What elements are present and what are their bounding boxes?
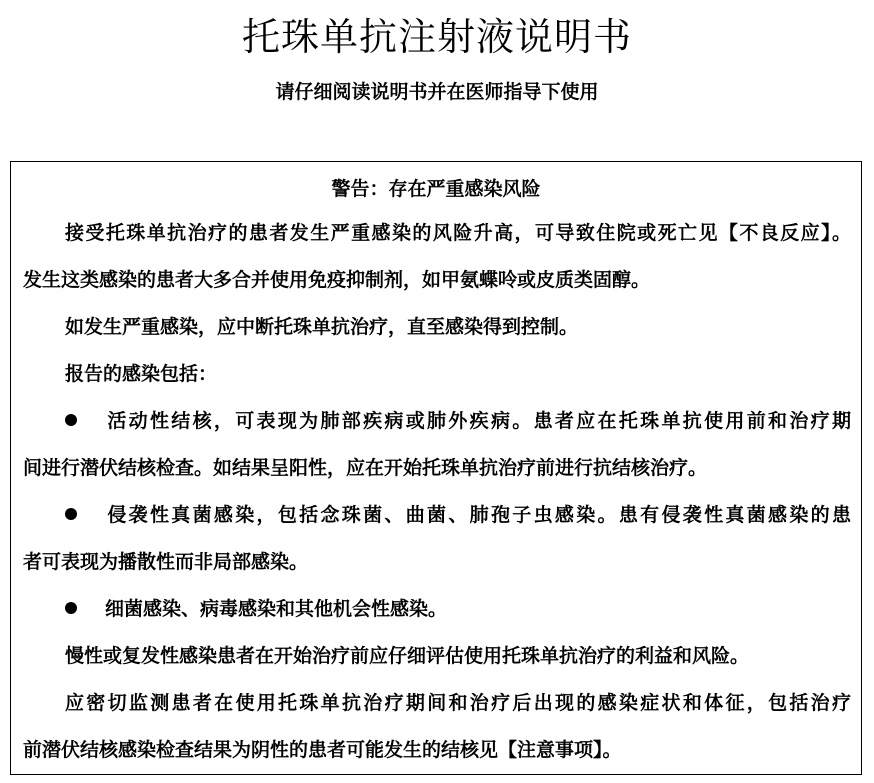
- warning-paragraph-serious-infection-line-1: 接受托珠单抗治疗的患者发生严重感染的风险升高，可导致住院或死亡见【不良反应】。: [23, 220, 851, 246]
- bullet-item-fungal-infection-continued: 者可表现为播散性而非局部感染。: [23, 549, 851, 575]
- bullet-item-bacterial-viral-infection: 细菌感染、病毒感染和其他机会性感染。: [23, 596, 851, 622]
- warning-paragraph-monitoring-line-1: 应密切监测患者在使用托珠单抗治疗期间和治疗后出现的感染症状和体征，包括治疗: [23, 690, 851, 716]
- warning-heading: 警告：存在严重感染风险: [11, 176, 861, 202]
- document-subtitle: 请仔细阅读说明书并在医师指导下使用: [0, 78, 874, 106]
- warning-paragraph-monitoring-line-2: 前潜伏结核感染检查结果为阴性的患者可能发生的结核见【注意事项】。: [23, 737, 851, 763]
- bullet-item-fungal-infection: 侵袭性真菌感染，包括念珠菌、曲菌、肺孢子虫感染。患有侵袭性真菌感染的患: [23, 502, 851, 528]
- warning-paragraph-chronic-infection: 慢性或复发性感染患者在开始治疗前应仔细评估使用托珠单抗治疗的利益和风险。: [23, 643, 851, 669]
- boxed-warning: 警告：存在严重感染风险 接受托珠单抗治疗的患者发生严重感染的风险升高，可导致住院…: [10, 161, 862, 775]
- bullet-item-tuberculosis-continued: 间进行潜伏结核检查。如结果呈阳性，应在开始托珠单抗治疗前进行抗结核治疗。: [23, 455, 851, 481]
- warning-paragraph-interrupt-treatment: 如发生严重感染，应中断托珠单抗治疗，直至感染得到控制。: [23, 314, 851, 340]
- bullet-icon: [65, 602, 77, 614]
- bullet-icon: [65, 414, 77, 426]
- bullet-item-tuberculosis: 活动性结核，可表现为肺部疾病或肺外疾病。患者应在托珠单抗使用前和治疗期: [23, 408, 851, 434]
- bullet-text: 细菌感染、病毒感染和其他机会性感染。: [105, 598, 447, 620]
- bullet-text: 活动性结核，可表现为肺部疾病或肺外疾病。患者应在托珠单抗使用前和治疗期: [105, 410, 851, 432]
- bullet-text: 侵袭性真菌感染，包括念珠菌、曲菌、肺孢子虫感染。患有侵袭性真菌感染的患: [105, 504, 851, 526]
- bullet-icon: [65, 508, 77, 520]
- warning-paragraph-reported-infections: 报告的感染包括：: [23, 361, 851, 387]
- warning-paragraph-serious-infection-line-2: 发生这类感染的患者大多合并使用免疫抑制剂，如甲氨蝶呤或皮质类固醇。: [23, 267, 851, 293]
- document-title: 托珠单抗注射液说明书: [0, 12, 874, 62]
